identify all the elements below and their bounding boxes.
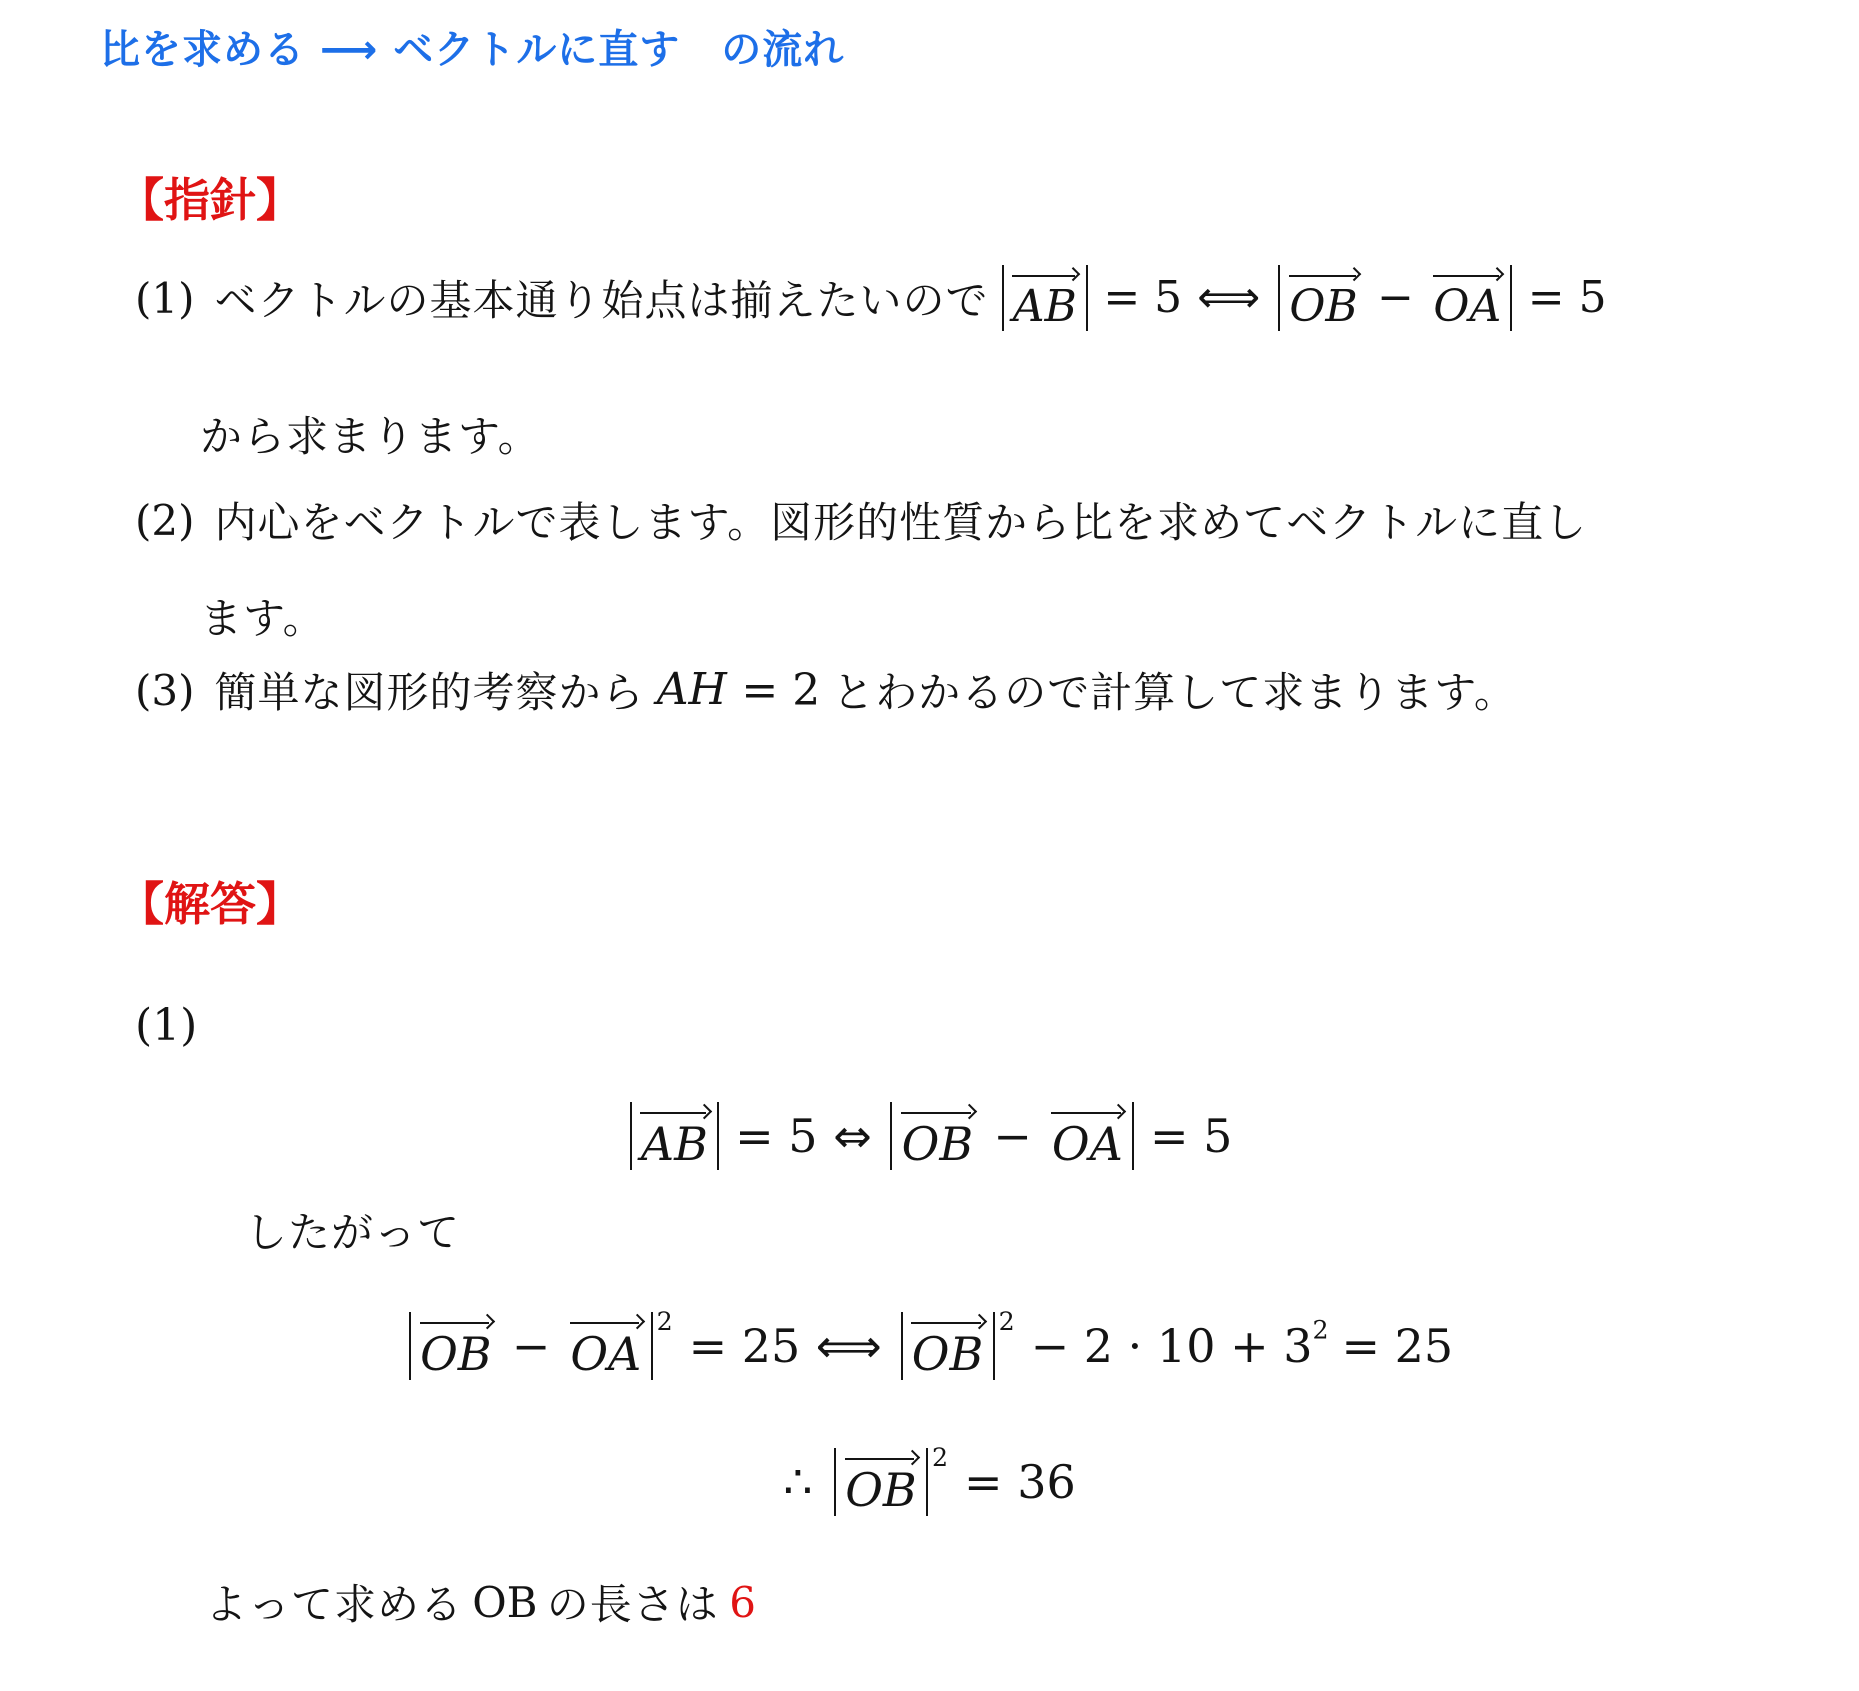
superscript-two: 2 [1313,1318,1329,1343]
equation-3: ∴ OB 2 = 36 [0,1424,1859,1540]
math-inline-1: AB = 5 ⟺ OB − OA = 5 [999,265,1607,331]
iff-long-arrow-icon: ⟺ [1197,272,1260,323]
vector-ab-label: AB [639,1119,711,1171]
abs-bar [926,1448,928,1517]
item-3-post-text: とわかるので計算して求まります。 [832,660,1517,720]
vector-ob-label: OB [418,1329,494,1381]
guideline-item-2-cont: ます。 [200,586,326,646]
vector-oa-label: OA [568,1329,644,1381]
abs-bar [717,1102,719,1171]
vector-arrow-icon [1287,265,1360,282]
vector-arrow-icon [568,1312,644,1329]
item-1-cont-text: から求まります。 [200,404,541,464]
vector-ob: OB [899,1102,975,1171]
vector-arrow-icon [1011,265,1079,282]
equation-1: AB = 5 ⇔ OB − OA = 5 [0,1082,1859,1190]
abs-bar [1086,265,1088,331]
minus-operator: − [512,1319,551,1373]
document-page: 比を求める ⟶ ベクトルに直す の流れ 【指針】 (1) ベクトルの基本通り始点… [0,0,1859,1691]
item-3-pre-text: 簡単な図形的考察から [215,660,645,720]
abs-bar [1002,265,1004,331]
equation-1-math: AB = 5 ⇔ OB − OA = 5 [627,1102,1233,1171]
equals-25: = 25 [1342,1319,1454,1373]
conclusion-pre-text: よって求める [205,1572,463,1632]
vector-oa-label: OA [1431,282,1503,331]
part-1-label-text: (1) [135,1000,197,1051]
vector-ob: OB [910,1312,986,1381]
iff-long-arrow-icon: ⟺ [816,1319,882,1373]
vector-arrow-icon [1050,1102,1126,1119]
vector-ab: AB [639,1102,711,1171]
item-3-label: (3) [135,666,195,715]
item-1-label: (1) [135,274,195,323]
vector-ob: OB [418,1312,494,1381]
vector-arrow-icon [910,1312,986,1329]
superscript-two: 2 [999,1308,1015,1333]
vector-oa-label: OA [1050,1119,1126,1171]
abs-bar [1510,265,1512,331]
abs-bar [1278,265,1280,331]
superscript-two: 2 [932,1444,948,1469]
item-2-label: (2) [135,496,195,545]
equals-five: = 5 [1528,272,1607,323]
equation-3-math: ∴ OB 2 = 36 [783,1448,1076,1517]
abs-bar [630,1102,632,1171]
vector-arrow-icon [1431,265,1503,282]
guideline-item-2: (2) 内心をベクトルで表します。図形的性質から比を求めてベクトルに直し [135,490,1587,550]
conclusion-post-text: の長さは [547,1572,719,1632]
guideline-item-1: (1) ベクトルの基本通り始点は揃えたいので AB = 5 ⟺ OB − OA … [135,246,1607,350]
segment-ah-label: AH [655,665,730,714]
vector-ab-label: AB [1011,282,1079,331]
vector-ob-label: OB [910,1329,986,1381]
therefore-text: したがって [245,1200,460,1260]
conclusion-line: よって求める OB の長さは 6 [205,1572,756,1632]
vector-arrow-icon [639,1102,711,1119]
solution-heading: 【解答】 [118,868,302,934]
solution-part-1-label: (1) [135,1000,197,1051]
vector-ob-label: OB [843,1465,919,1517]
item-2-text: 内心をベクトルで表します。図形的性質から比を求めてベクトルに直し [215,490,1588,550]
math-inline-ah: AH = 2 [655,665,821,716]
guideline-item-3: (3) 簡単な図形的考察から AH = 2 とわかるので計算して求まります。 [135,660,1517,720]
equals-five: = 5 [1103,272,1182,323]
vector-oa: OA [568,1312,644,1381]
polynomial-terms: − 2 · 10 + 3 [1031,1319,1313,1373]
equation-2: OB − OA 2 = 25 ⟺ OB 2 − 2 · 10 + 3 2 = 2… [0,1286,1859,1406]
item-1-text: ベクトルの基本通り始点は揃えたいので [215,268,989,328]
vector-ab: AB [1011,265,1079,331]
equals-five: = 5 [735,1109,817,1163]
page-title: 比を求める ⟶ ベクトルに直す の流れ [100,18,844,75]
equals-five: = 5 [1150,1109,1232,1163]
abs-bar [651,1312,653,1381]
iff-arrow-icon: ⇔ [833,1109,872,1163]
abs-bar [409,1312,411,1381]
abs-bar [1132,1102,1134,1171]
equals-two: = 2 [741,665,820,716]
vector-ob: OB [1287,265,1360,331]
superscript-two: 2 [657,1308,673,1333]
segment-ob-label: OB [472,1578,537,1627]
vector-ob-label: OB [899,1119,975,1171]
vector-oa: OA [1431,265,1503,331]
equals-36: = 36 [964,1455,1076,1509]
therefore-symbol: ∴ [783,1455,812,1509]
abs-bar [993,1312,995,1381]
guideline-item-1-cont: から求まります。 [200,404,541,464]
final-answer-value: 6 [729,1578,756,1627]
vector-ob: OB [843,1448,919,1517]
abs-bar [901,1312,903,1381]
vector-oa: OA [1050,1102,1126,1171]
item-2-cont-text: ます。 [200,586,326,646]
guideline-heading: 【指針】 [118,164,302,230]
vector-arrow-icon [843,1448,919,1465]
vector-arrow-icon [418,1312,494,1329]
abs-bar [890,1102,892,1171]
therefore-text-line: したがって [245,1200,460,1260]
vector-arrow-icon [899,1102,975,1119]
minus-operator: − [993,1109,1032,1163]
equation-2-math: OB − OA 2 = 25 ⟺ OB 2 − 2 · 10 + 3 2 = 2… [406,1312,1453,1381]
vector-ob-label: OB [1287,282,1360,331]
abs-bar [834,1448,836,1517]
equals-25: = 25 [689,1319,801,1373]
minus-operator: − [1377,272,1414,323]
